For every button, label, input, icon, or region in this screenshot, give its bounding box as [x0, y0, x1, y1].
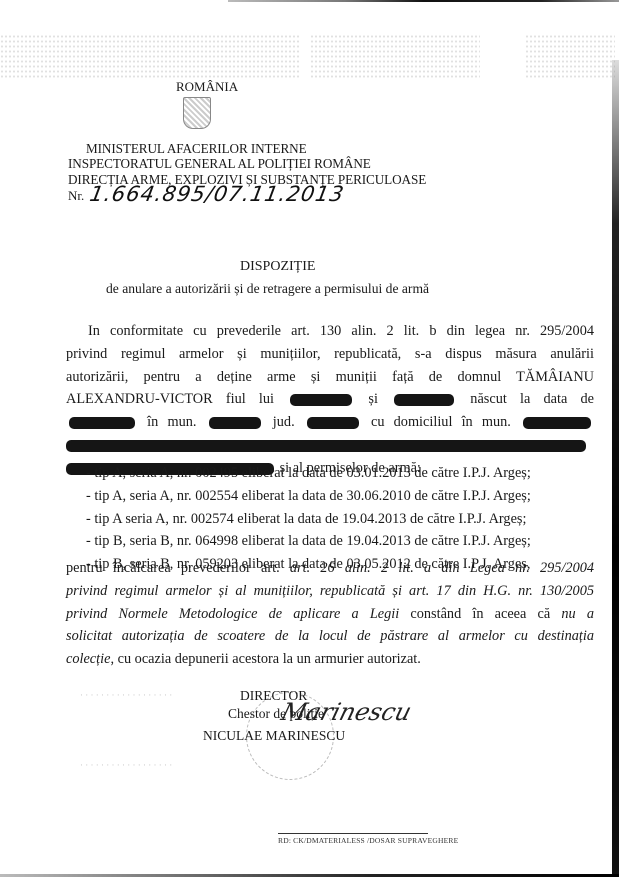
country-heading: ROMÂNIA — [176, 79, 238, 95]
inspectorate-name: INSPECTORATUL GENERAL AL POLIȚIEI ROMÂNE — [68, 156, 371, 172]
scan-noise — [0, 34, 300, 79]
registration-number-handwritten: 1.664.895/07.11.2013 — [88, 182, 346, 206]
redaction-mark — [66, 440, 586, 452]
permit-item: - tip B, seria B, nr. 064998 eliberat la… — [86, 530, 531, 553]
redaction-mark — [209, 417, 261, 429]
document-title: DISPOZIȚIE — [240, 259, 315, 275]
signatory-role: DIRECTOR — [240, 688, 307, 704]
paragraph-line: privind Normele Metodologice de aplicare… — [66, 603, 594, 626]
paragraph-line — [66, 434, 594, 457]
permit-item: - tip A seria A, nr. 002574 eliberat la … — [86, 508, 531, 531]
redaction-mark — [290, 394, 352, 406]
permit-item: - tip A, seria A, nr. 002554 eliberat la… — [86, 485, 531, 508]
text-fragment: în mun. — [147, 414, 196, 430]
text-fragment: cu domiciliul în mun. — [371, 414, 511, 430]
paragraph-line: solicitat autorizația de scoatere de la … — [66, 625, 594, 648]
ministry-name: MINISTERUL AFACERILOR INTERNE — [86, 141, 307, 157]
text-fragment: ALEXANDRU-VICTOR fiul lui — [66, 391, 274, 407]
paragraph-line: In conformitate cu prevederile art. 130 … — [66, 320, 594, 343]
paragraph-line: privind regimul armelor și al munițiilor… — [66, 580, 594, 603]
document-subtitle: de anulare a autorizării și de retragere… — [106, 281, 429, 297]
redaction-mark — [69, 417, 135, 429]
signatory-name: NICULAE MARINESCU — [203, 728, 345, 744]
text-fragment: , cu ocazia depunerii acestora la un arm… — [110, 651, 420, 667]
scan-edge-right — [612, 60, 619, 877]
paragraph-line: colecție, cu ocazia depunerii acestora l… — [66, 648, 594, 671]
paragraph-line: pentru încălcarea prevederilor art. art.… — [66, 557, 594, 580]
text-fragment: născut la data de — [470, 391, 594, 407]
text-fragment: colecție — [66, 651, 110, 667]
scan-edge-top — [228, 0, 619, 2]
permit-item: - tip A, seria A, nr. 002495 eliberat la… — [86, 462, 531, 485]
registration-number-label: Nr. — [68, 188, 84, 204]
bleed-through-text: · · · · · · · · · · · · · · · · · · — [80, 690, 172, 700]
redaction-mark — [394, 394, 454, 406]
text-fragment: jud. — [273, 414, 295, 430]
scan-noise — [525, 34, 615, 79]
text-fragment: nu a — [561, 606, 594, 622]
main-paragraph: In conformitate cu prevederile art. 130 … — [66, 320, 594, 480]
legal-reference: art. 26 alin. 2 lit. a din Legea nr. 295… — [290, 560, 594, 576]
text-fragment: pentru încălcarea prevederilor art. — [66, 560, 280, 576]
signatory-rank: Chestor de poliție — [228, 706, 324, 722]
paragraph-line: privind regimul armelor și munițiilor, r… — [66, 343, 594, 366]
footer-divider — [278, 833, 428, 834]
paragraph-line: ALEXANDRU-VICTOR fiul lui și născut la d… — [66, 388, 594, 411]
paragraph-line: în mun. jud. cu domiciliul în mun. — [66, 411, 594, 434]
paragraph-line: autorizării, pentru a deține arme și mun… — [66, 366, 594, 389]
reason-paragraph: pentru încălcarea prevederilor art. art.… — [66, 557, 594, 671]
text-fragment: constând în aceea că — [410, 606, 550, 622]
coat-of-arms-icon — [183, 97, 211, 129]
redaction-mark — [307, 417, 359, 429]
redaction-mark — [523, 417, 591, 429]
bleed-through-text: · · · · · · · · · · · · · · · · · · — [80, 760, 172, 770]
footer-reference: RD: CK/DMATERIALESS /DOSAR SUPRAVEGHERE — [278, 836, 458, 845]
text-fragment: și — [368, 391, 378, 407]
legal-reference: privind Normele Metodologice de aplicare… — [66, 606, 399, 622]
scan-noise — [310, 34, 480, 79]
